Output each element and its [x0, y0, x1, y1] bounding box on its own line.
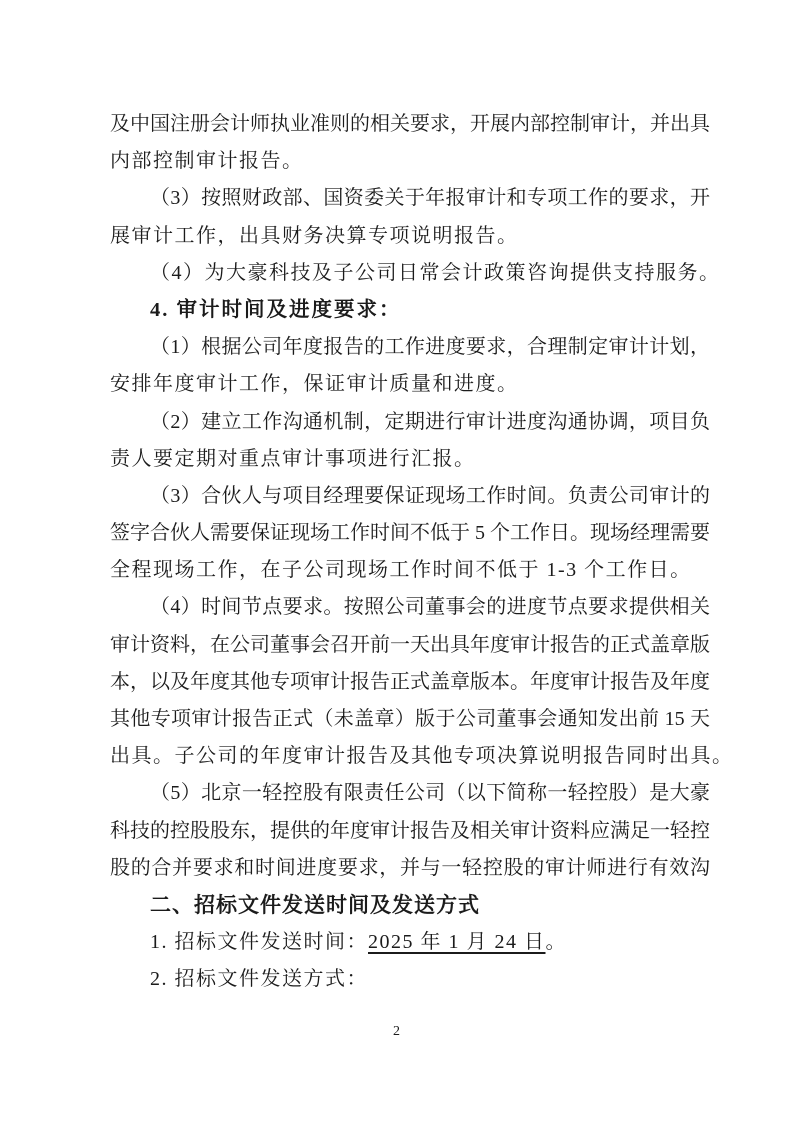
body-line: 审计资料，在公司董事会召开前一天出具年度审计报告的正式盖章版: [110, 627, 710, 664]
body-line: 科技的控股股东，提供的年度审计报告及相关审计资料应满足一轻控: [110, 813, 710, 850]
body-line: （4）为大豪科技及子公司日常会计政策咨询提供支持服务。: [110, 255, 710, 292]
tender-send-date-underlined: 2025 年 1 月 24 日: [368, 931, 546, 953]
tender-send-date-period: 。: [546, 931, 568, 953]
body-line: 全程现场工作，在子公司现场工作时间不低于 1-3 个工作日。: [110, 552, 710, 589]
body-line: （3）按照财政部、国资委关于年报审计和专项工作的要求，开: [110, 180, 710, 217]
body-line: （4）时间节点要求。按照公司董事会的进度节点要求提供相关: [110, 589, 710, 626]
page-number: 2: [0, 1024, 793, 1040]
body-line: 2. 招标文件发送方式：: [110, 961, 710, 998]
body-line: （2）建立工作沟通机制，定期进行审计进度沟通协调，项目负: [110, 404, 710, 441]
body-line: 股的合并要求和时间进度要求，并与一轻控股的审计师进行有效沟通。: [110, 850, 710, 887]
numbered-subsection-heading: 4. 审计时间及进度要求：: [110, 292, 710, 329]
body-line: （1）根据公司年度报告的工作进度要求，合理制定审计计划，: [110, 329, 710, 366]
tender-send-date-line: 1. 招标文件发送时间：2025 年 1 月 24 日。: [110, 924, 710, 961]
document-page: 及中国注册会计师执业准则的相关要求，开展内部控制审计，并出具 内部控制审计报告。…: [0, 0, 793, 1123]
body-line: （3）合伙人与项目经理要保证现场工作时间。负责公司审计的: [110, 478, 710, 515]
tender-send-date-label: 1. 招标文件发送时间：: [150, 931, 368, 953]
body-line: 其他专项审计报告正式（未盖章）版于公司董事会通知发出前 15 天: [110, 701, 710, 738]
body-line: 及中国注册会计师执业准则的相关要求，开展内部控制审计，并出具: [110, 106, 710, 143]
body-line: 本，以及年度其他专项审计报告正式盖章版本。年度审计报告及年度: [110, 664, 710, 701]
body-line: 出具。子公司的年度审计报告及其他专项决算说明报告同时出具。: [110, 738, 710, 775]
body-line: 安排年度审计工作，保证审计质量和进度。: [110, 366, 710, 403]
body-line: （5）北京一轻控股有限责任公司（以下简称一轻控股）是大豪: [110, 775, 710, 812]
document-body: 及中国注册会计师执业准则的相关要求，开展内部控制审计，并出具 内部控制审计报告。…: [110, 106, 710, 999]
body-line: 签字合伙人需要保证现场工作时间不低于 5 个工作日。现场经理需要: [110, 515, 710, 552]
body-line: 责人要定期对重点审计事项进行汇报。: [110, 441, 710, 478]
body-line: 展审计工作，出具财务决算专项说明报告。: [110, 218, 710, 255]
section-heading: 二、招标文件发送时间及发送方式: [110, 887, 710, 924]
body-line: 内部控制审计报告。: [110, 143, 710, 180]
